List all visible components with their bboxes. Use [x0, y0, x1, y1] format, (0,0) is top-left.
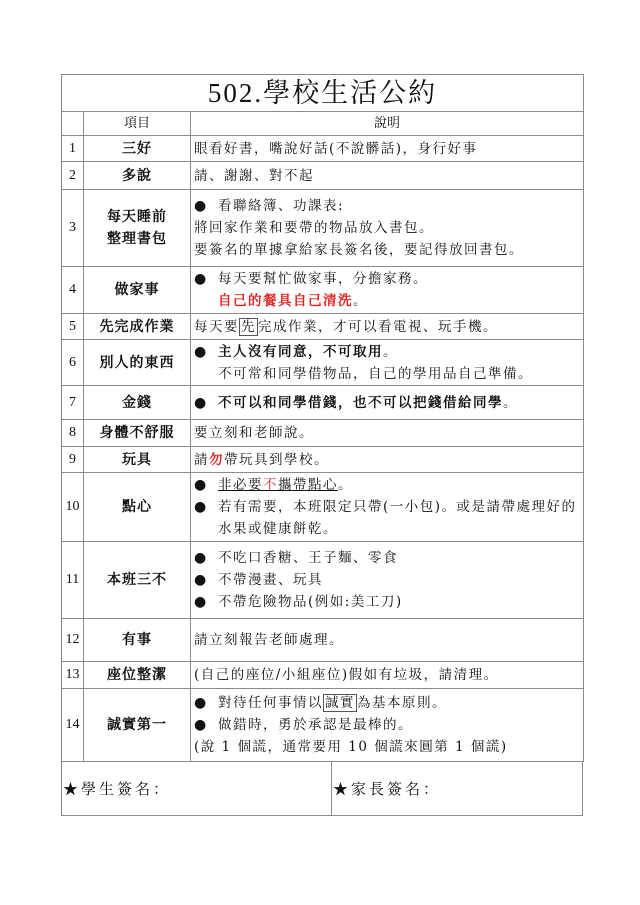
description-line: (說 1 個謊，通常要用 10 個謊來圓第 1 個謊)	[194, 736, 581, 758]
bullet-line: ● 不吃口香糖、王子麵、零食	[194, 547, 581, 569]
bullet-line: ● 不帶危險物品(例如:美工刀)	[194, 591, 581, 613]
signature-table: ★學生簽名： ★家長簽名：	[61, 762, 583, 816]
bullet-line: ● 看聯絡簿、功課表:	[194, 195, 581, 217]
student-signature-field[interactable]: ★學生簽名：	[62, 762, 332, 816]
bullet-icon: ●	[194, 569, 218, 591]
row-number: 11	[62, 542, 84, 619]
row-item: 有事	[84, 619, 191, 662]
description-line: 每天要先完成作業，才可以看電視、玩手機。	[194, 316, 581, 338]
table-row: 2 多說 請、謝謝、對不起	[62, 162, 584, 190]
row-number: 6	[62, 340, 84, 386]
row-number: 13	[62, 662, 84, 689]
row-description: 每天要先完成作業，才可以看電視、玩手機。	[191, 314, 584, 340]
description-line: 請、謝謝、對不起	[194, 165, 581, 187]
row-description: 請勿帶玩具到學校。	[191, 447, 584, 473]
header-item: 項目	[84, 112, 191, 136]
table-row: 11 本班三不 ● 不吃口香糖、王子麵、零食 ● 不帶漫畫、玩具 ● 不帶危險物…	[62, 542, 584, 619]
bullet-icon: ●	[194, 341, 218, 363]
student-signature-label: ★學生簽名：	[63, 780, 171, 798]
description-line: 不帶危險物品(例如:美工刀)	[218, 591, 403, 613]
description-line: 請立刻報告老師處理。	[194, 629, 581, 651]
row-item: 金錢	[84, 386, 191, 420]
row-description: ● 不可以和同學借錢，也不可以把錢借給同學。	[191, 386, 584, 420]
row-item: 玩具	[84, 447, 191, 473]
parent-signature-field[interactable]: ★家長簽名：	[332, 762, 583, 816]
bullet-line: ● 每天要幫忙做家事，分擔家務。	[194, 268, 581, 290]
row-number: 9	[62, 447, 84, 473]
row-number: 4	[62, 267, 84, 314]
bullet-icon: ●	[194, 496, 218, 518]
bold-text: 主人沒有同意，不可取用	[218, 344, 383, 360]
row-description: ● 對待任何事情以誠實為基本原則。 ● 做錯時，勇於承認是最棒的。 (說 1 個…	[191, 689, 584, 762]
row-description: ● 不吃口香糖、王子麵、零食 ● 不帶漫畫、玩具 ● 不帶危險物品(例如:美工刀…	[191, 542, 584, 619]
row-number: 12	[62, 619, 84, 662]
bullet-line: ● 不可以和同學借錢，也不可以把錢借給同學。	[194, 392, 581, 414]
row-description: 要立刻和老師說。	[191, 420, 584, 447]
text-segment: 每天要	[194, 319, 239, 335]
row-item: 每天睡前 整理書包	[84, 190, 191, 267]
description-line: 對待任何事情以誠實為基本原則。	[218, 692, 447, 714]
red-emphasis-text: 不	[263, 477, 278, 493]
description-line: 每天要幫忙做家事，分擔家務。	[218, 268, 428, 290]
bullet-icon: ●	[194, 714, 218, 736]
row-number: 1	[62, 136, 84, 162]
description-line: 非必要不攜帶點心。	[218, 474, 353, 496]
text-segment: 為基本原則。	[357, 695, 447, 711]
bold-text: 不可以和同學借錢，也不可以把錢借給同學	[218, 395, 503, 411]
description-line: 自己的餐具自己清洗。	[194, 290, 581, 312]
table-row: 14 誠實第一 ● 對待任何事情以誠實為基本原則。 ● 做錯時，勇於承認是最棒的…	[62, 689, 584, 762]
bullet-line: ● 主人沒有同意，不可取用。	[194, 341, 581, 363]
underlined-text: 非必要不攜帶點心	[218, 477, 338, 493]
school-life-rules-document: 502.學校生活公約 項目 說明 1 三好 眼看好書，嘴說好話(不說髒話)，身行…	[61, 74, 583, 816]
description-line: 要簽名的單據拿給家長簽名後，要記得放回書包。	[194, 239, 581, 261]
row-item: 本班三不	[84, 542, 191, 619]
red-emphasis-text: 勿	[209, 452, 224, 468]
row-number: 3	[62, 190, 84, 267]
table-row: 5 先完成作業 每天要先完成作業，才可以看電視、玩手機。	[62, 314, 584, 340]
red-emphasis-text: 自己的餐具自己清洗	[218, 293, 353, 309]
table-row: 10 點心 ● 非必要不攜帶點心。 ● 若有需要，本班限定只帶(一小包)。或是請…	[62, 473, 584, 542]
bullet-icon: ●	[194, 591, 218, 613]
punctuation: 。	[503, 395, 518, 411]
row-item-line: 整理書包	[84, 228, 190, 250]
punctuation: 。	[353, 293, 368, 309]
row-number: 2	[62, 162, 84, 190]
description-line: 不可常和同學借物品，自己的學用品自己準備。	[194, 363, 581, 385]
table-row: 13 座位整潔 (自己的座位/小組座位)假如有垃圾，請清理。	[62, 662, 584, 689]
bullet-line: ● 非必要不攜帶點心。	[194, 474, 581, 496]
row-number: 8	[62, 420, 84, 447]
bullet-icon: ●	[194, 268, 218, 290]
row-description: ● 每天要幫忙做家事，分擔家務。 自己的餐具自己清洗。	[191, 267, 584, 314]
text-segment: 對待任何事情以	[218, 695, 323, 711]
boxed-emphasis-text: 誠實	[323, 694, 357, 712]
row-number: 14	[62, 689, 84, 762]
row-description: ● 主人沒有同意，不可取用。 不可常和同學借物品，自己的學用品自己準備。	[191, 340, 584, 386]
rules-table: 502.學校生活公約 項目 說明 1 三好 眼看好書，嘴說好話(不說髒話)，身行…	[61, 74, 584, 762]
row-item: 座位整潔	[84, 662, 191, 689]
description-line: 不可以和同學借錢，也不可以把錢借給同學。	[218, 392, 518, 414]
bullet-icon: ●	[194, 195, 218, 217]
row-item: 先完成作業	[84, 314, 191, 340]
table-row: 12 有事 請立刻報告老師處理。	[62, 619, 584, 662]
bullet-line: ● 不帶漫畫、玩具	[194, 569, 581, 591]
text-segment: 完成作業，才可以看電視、玩手機。	[258, 319, 498, 335]
description-line: (自己的座位/小組座位)假如有垃圾，請清理。	[194, 664, 581, 686]
table-row: 6 別人的東西 ● 主人沒有同意，不可取用。 不可常和同學借物品，自己的學用品自…	[62, 340, 584, 386]
row-item: 三好	[84, 136, 191, 162]
table-row: 8 身體不舒服 要立刻和老師說。	[62, 420, 584, 447]
description-line: 看聯絡簿、功課表:	[218, 195, 344, 217]
row-item: 點心	[84, 473, 191, 542]
description-line: 若有需要，本班限定只帶(一小包)。或是請帶處理好的水果或健康餅乾。	[218, 496, 581, 540]
header-description: 說明	[191, 112, 584, 136]
bullet-icon: ●	[194, 392, 218, 414]
description-line: 做錯時，勇於承認是最棒的。	[218, 714, 413, 736]
bullet-line: ● 若有需要，本班限定只帶(一小包)。或是請帶處理好的水果或健康餅乾。	[194, 496, 581, 540]
row-item: 身體不舒服	[84, 420, 191, 447]
row-number: 5	[62, 314, 84, 340]
description-line: 主人沒有同意，不可取用。	[218, 341, 398, 363]
boxed-emphasis-text: 先	[239, 318, 258, 336]
header-row: 項目 說明	[62, 112, 584, 136]
text-segment: 攜帶點心	[278, 477, 338, 493]
bullet-line: ● 做錯時，勇於承認是最棒的。	[194, 714, 581, 736]
parent-signature-label: ★家長簽名：	[333, 780, 441, 798]
table-row: 1 三好 眼看好書，嘴說好話(不說髒話)，身行好事	[62, 136, 584, 162]
title-row: 502.學校生活公約	[62, 75, 584, 112]
text-segment: 請	[194, 452, 209, 468]
punctuation: 。	[338, 477, 353, 493]
row-item: 做家事	[84, 267, 191, 314]
row-item: 誠實第一	[84, 689, 191, 762]
text-segment: 帶玩具到學校。	[224, 452, 329, 468]
punctuation: 。	[383, 344, 398, 360]
table-row: 4 做家事 ● 每天要幫忙做家事，分擔家務。 自己的餐具自己清洗。	[62, 267, 584, 314]
row-description: ● 看聯絡簿、功課表: 將回家作業和要帶的物品放入書包。 要簽名的單據拿給家長簽…	[191, 190, 584, 267]
table-row: 3 每天睡前 整理書包 ● 看聯絡簿、功課表: 將回家作業和要帶的物品放入書包。…	[62, 190, 584, 267]
bullet-line: ● 對待任何事情以誠實為基本原則。	[194, 692, 581, 714]
bullet-icon: ●	[194, 692, 218, 714]
description-line: 不帶漫畫、玩具	[218, 569, 323, 591]
row-description: 請、謝謝、對不起	[191, 162, 584, 190]
row-item: 多說	[84, 162, 191, 190]
row-description: (自己的座位/小組座位)假如有垃圾，請清理。	[191, 662, 584, 689]
bullet-icon: ●	[194, 547, 218, 569]
row-number: 7	[62, 386, 84, 420]
row-number: 10	[62, 473, 84, 542]
description-line: 請勿帶玩具到學校。	[194, 449, 581, 471]
bullet-icon: ●	[194, 474, 218, 496]
description-line: 將回家作業和要帶的物品放入書包。	[194, 217, 581, 239]
description-line: 不吃口香糖、王子麵、零食	[218, 547, 398, 569]
description-line: 要立刻和老師說。	[194, 422, 581, 444]
row-description: 請立刻報告老師處理。	[191, 619, 584, 662]
signature-row: ★學生簽名： ★家長簽名：	[62, 762, 583, 816]
page-title: 502.學校生活公約	[62, 75, 584, 112]
row-description: ● 非必要不攜帶點心。 ● 若有需要，本班限定只帶(一小包)。或是請帶處理好的水…	[191, 473, 584, 542]
text-segment: 非必要	[218, 477, 263, 493]
table-row: 9 玩具 請勿帶玩具到學校。	[62, 447, 584, 473]
header-number-cell	[62, 112, 84, 136]
description-line: 眼看好書，嘴說好話(不說髒話)，身行好事	[194, 138, 581, 160]
table-row: 7 金錢 ● 不可以和同學借錢，也不可以把錢借給同學。	[62, 386, 584, 420]
row-item: 別人的東西	[84, 340, 191, 386]
row-description: 眼看好書，嘴說好話(不說髒話)，身行好事	[191, 136, 584, 162]
row-item-line: 每天睡前	[84, 206, 190, 228]
